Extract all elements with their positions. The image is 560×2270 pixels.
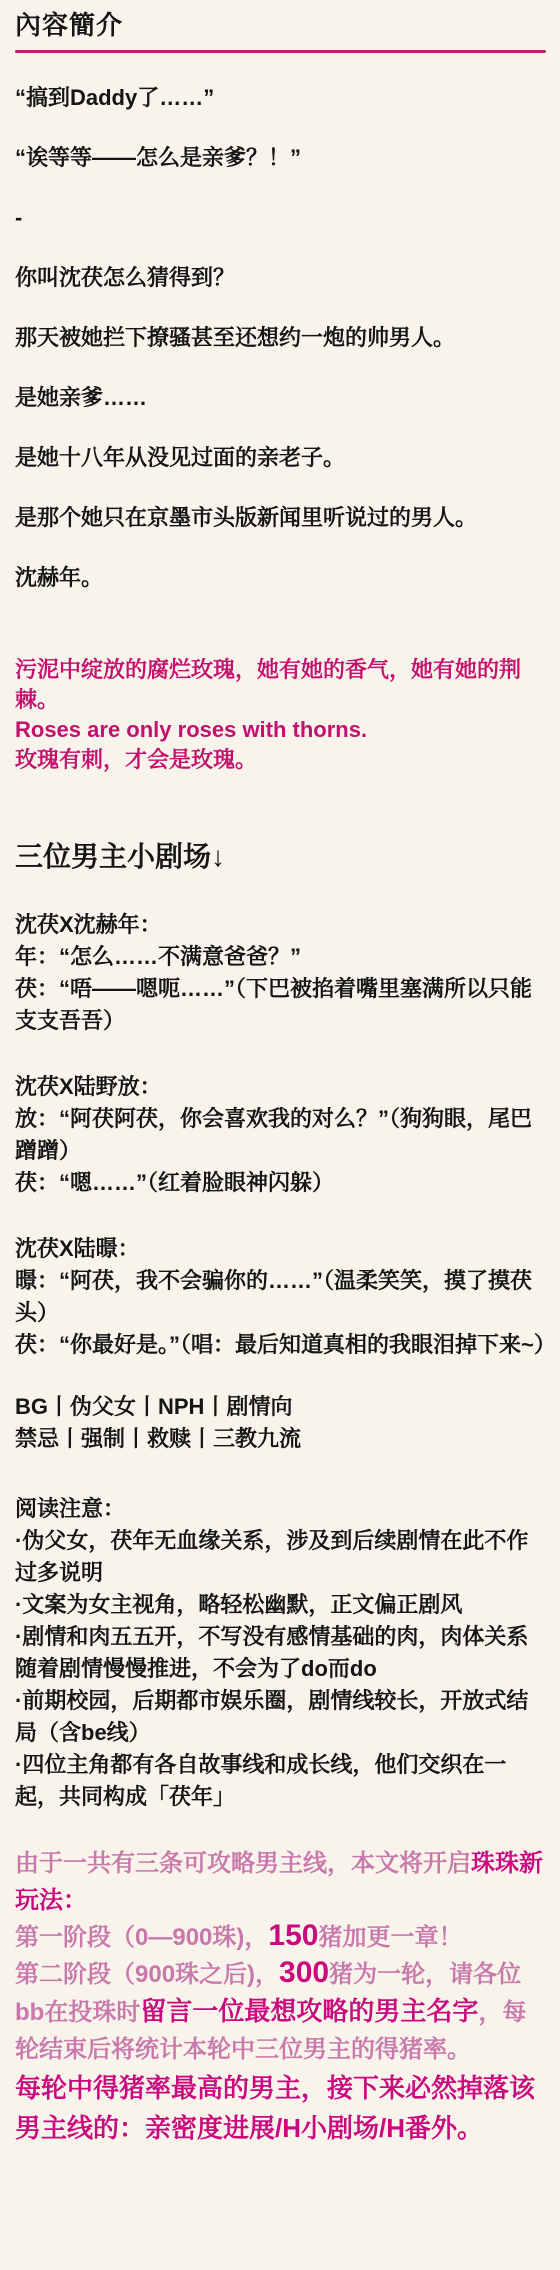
tags-line-genre: BG丨伪父女丨NPH丨剧情向 (15, 1391, 546, 1423)
reading-notes-heading: 阅读注意： (15, 1493, 546, 1525)
promo-stage1-pre: 第一阶段（0—900珠)， (15, 1924, 268, 1951)
rose-quote-line-cn: 污泥中绽放的腐烂玫瑰，她有她的香气，她有她的荆棘。 (15, 655, 546, 715)
synopsis-paragraph-5: 是她亲爹…… (15, 383, 546, 413)
tags-line-themes: 禁忌丨强制丨救赎丨三教九流 (15, 1423, 546, 1455)
theater-line: 暻：“阿茯，我不会骗你的……”（温柔笑笑，摸了摸茯头） (15, 1265, 546, 1329)
promo-final-rule: 每轮中得猪率最高的男主，接下来必然掉落该男主线的：亲密度进展/H小剧场/H番外。 (15, 2068, 546, 2148)
theater-line: 年：“怎么……不满意爸爸？” (15, 941, 546, 973)
reading-note-item: ·前期校园，后期都市娱乐圈，剧情线较长，开放式结局（含be线） (15, 1685, 546, 1749)
rose-quote-block: 污泥中绽放的腐烂玫瑰，她有她的香气，她有她的荆棘。 Roses are only… (15, 655, 546, 775)
theater-group-title: 沈茯X陆野放： (15, 1071, 546, 1103)
synopsis-paragraph-1: “搞到Daddy了……” (15, 83, 546, 113)
reading-note-item: ·伪父女，茯年无血缘关系，涉及到后续剧情在此不作过多说明 (15, 1525, 546, 1589)
promo-intro-line: 由于一共有三条可攻略男主线，本文将开启珠珠新玩法： (15, 1845, 546, 1919)
promo-stage2-line: 第二阶段（900珠之后)，300猪为一轮，请各位bb在投珠时留言一位最想攻略的男… (15, 1956, 546, 2068)
synopsis-paragraph-7: 是那个她只在京墨市头版新闻里听说过的男人。 (15, 503, 546, 533)
theater-group-title: 沈茯X沈赫年： (15, 909, 546, 941)
theater-group-title: 沈茯X陆暻： (15, 1233, 546, 1265)
rose-quote-line-en: Roses are only roses with thorns. (15, 715, 546, 745)
promo-intro-light: 由于一共有三条可攻略男主线，本文将开启 (15, 1850, 471, 1877)
synopsis-paragraph-3: 你叫沈茯怎么猜得到？ (15, 263, 546, 293)
synopsis-paragraph-2: “诶等等——怎么是亲爹？！” (15, 143, 546, 173)
synopsis-paragraph-dash: - (15, 203, 546, 233)
theater-group-shenhenian: 沈茯X沈赫年： 年：“怎么……不满意爸爸？” 茯：“唔——嗯呃……”（下巴被掐着… (15, 909, 546, 1037)
rose-quote-line-cn2: 玫瑰有刺，才会是玫瑰。 (15, 745, 546, 775)
reading-note-item: ·剧情和肉五五开，不写没有感情基础的肉，肉体关系随着剧情慢慢推进，不会为了do而… (15, 1621, 546, 1685)
novel-intro-page: 內容簡介 “搞到Daddy了……” “诶等等——怎么是亲爹？！” - 你叫沈茯怎… (0, 0, 560, 2270)
theater-group-lujing: 沈茯X陆暻： 暻：“阿茯，我不会骗你的……”（温柔笑笑，摸了摸茯头） 茯：“你最… (15, 1233, 546, 1361)
theater-group-luyefang: 沈茯X陆野放： 放：“阿茯阿茯，你会喜欢我的对么？”（狗狗眼，尾巴蹭蹭） 茯：“… (15, 1071, 546, 1199)
reading-note-item: ·四位主角都有各自故事线和成长线，他们交织在一起，共同构成「茯年」 (15, 1749, 546, 1813)
synopsis-paragraph-8: 沈赫年。 (15, 563, 546, 593)
promo-stage2-bold: 留言一位最想攻略的男主名字 (140, 1996, 478, 2026)
synopsis-paragraph-6: 是她十八年从没见过面的亲老子。 (15, 443, 546, 473)
reading-notes-block: 阅读注意： ·伪父女，茯年无血缘关系，涉及到后续剧情在此不作过多说明 ·文案为女… (15, 1493, 546, 1813)
theater-line: 茯：“唔——嗯呃……”（下巴被掐着嘴里塞满所以只能支支吾吾） (15, 973, 546, 1037)
synopsis-section: “搞到Daddy了……” “诶等等——怎么是亲爹？！” - 你叫沈茯怎么猜得到？… (15, 83, 546, 593)
synopsis-paragraph-4: 那天被她拦下撩骚甚至还想约一炮的帅男人。 (15, 323, 546, 353)
title-divider (15, 50, 546, 53)
promo-block: 由于一共有三条可攻略男主线，本文将开启珠珠新玩法： 第一阶段（0—900珠)，1… (15, 1845, 546, 2148)
theater-line: 茯：“你最好是。”（唱：最后知道真相的我眼泪掉下来~） (15, 1329, 546, 1361)
tags-block: BG丨伪父女丨NPH丨剧情向 禁忌丨强制丨救赎丨三教九流 (15, 1391, 546, 1455)
promo-stage1-post: 猪加更一章！ (318, 1924, 462, 1951)
theater-line: 茯：“嗯……”（红着脸眼神闪躲） (15, 1167, 546, 1199)
theater-line: 放：“阿茯阿茯，你会喜欢我的对么？”（狗狗眼，尾巴蹭蹭） (15, 1103, 546, 1167)
page-title: 內容簡介 (15, 8, 546, 42)
reading-note-item: ·文案为女主视角，略轻松幽默，正文偏正剧风 (15, 1589, 546, 1621)
promo-stage2-pre: 第二阶段（900珠之后)， (15, 1961, 279, 1988)
theater-heading: 三位男主小剧场↓ (15, 839, 546, 875)
promo-stage1-number: 150 (268, 1919, 318, 1952)
promo-stage1-line: 第一阶段（0—900珠)，150猪加更一章！ (15, 1919, 546, 1956)
promo-stage2-number: 300 (279, 1956, 329, 1989)
